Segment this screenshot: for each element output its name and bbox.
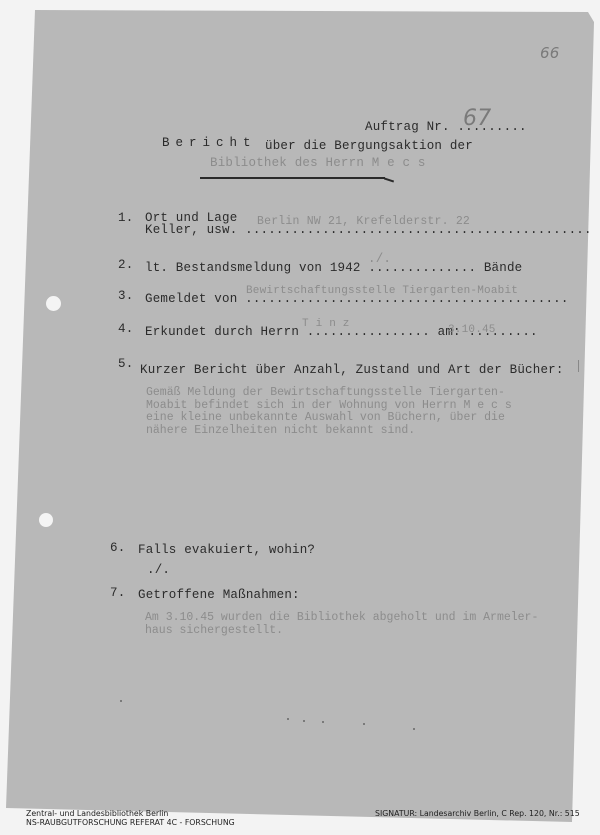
item-5-label: Kurzer Bericht über Anzahl, Zustand und …	[140, 363, 564, 377]
speck	[287, 718, 289, 720]
item-5-number: 5.	[118, 357, 133, 371]
item-2-number: 2.	[118, 258, 133, 272]
item-7-number: 7.	[110, 586, 125, 600]
report-title: über die Bergungsaktion der	[265, 139, 473, 153]
order-number: 67	[463, 106, 491, 131]
item-4-number: 4.	[118, 322, 133, 336]
item-5-report-text: Gemäß Meldung der Bewirtschaftungsstelle…	[146, 387, 512, 437]
item-6-label: Falls evakuiert, wohin?	[138, 543, 315, 557]
item-1-value: Berlin NW 21, Krefelderstr. 22	[257, 215, 470, 228]
page-number: 66	[540, 44, 560, 62]
speck	[322, 721, 324, 723]
speck	[303, 720, 305, 722]
item-4-inspector-name: T i n z	[302, 318, 350, 330]
item-7-label: Getroffene Maßnahmen:	[138, 588, 300, 602]
footer-signature: SIGNATUR: Landesarchiv Berlin, C Rep. 12…	[375, 809, 580, 818]
punch-hole-lower	[39, 513, 53, 527]
item-6-value: ./.	[147, 563, 170, 577]
item-2-label: lt. Bestandsmeldung von 1942 ...........…	[145, 261, 522, 275]
title-underline	[200, 177, 385, 179]
speck	[363, 723, 365, 725]
item-2-value: ./.	[368, 252, 391, 266]
item-6-number: 6.	[110, 541, 125, 555]
report-title-spaced: Bericht	[162, 136, 257, 150]
report-subtitle: Bibliothek des Herrn M e c s	[210, 156, 426, 170]
item-3-value: Bewirtschaftungsstelle Tiergarten-Moabit	[246, 285, 518, 297]
footer-institution-line2: NS-RAUBGUTFORSCHUNG REFERAT 4C - FORSCHU…	[26, 818, 235, 827]
order-label: Auftrag Nr. .........	[365, 120, 527, 134]
footer-institution: Zentral- und Landesbibliothek Berlin NS-…	[26, 809, 235, 827]
item-4-date: 3.10.45	[448, 324, 496, 336]
item-7-measures-text: Am 3.10.45 wurden die Bibliothek abgehol…	[145, 612, 538, 637]
speck	[578, 360, 579, 372]
speck	[120, 700, 122, 702]
item-1-number: 1.	[118, 211, 133, 225]
speck	[413, 728, 415, 730]
item-3-number: 3.	[118, 289, 133, 303]
footer-institution-line1: Zentral- und Landesbibliothek Berlin	[26, 809, 235, 818]
punch-hole-upper	[46, 296, 61, 311]
